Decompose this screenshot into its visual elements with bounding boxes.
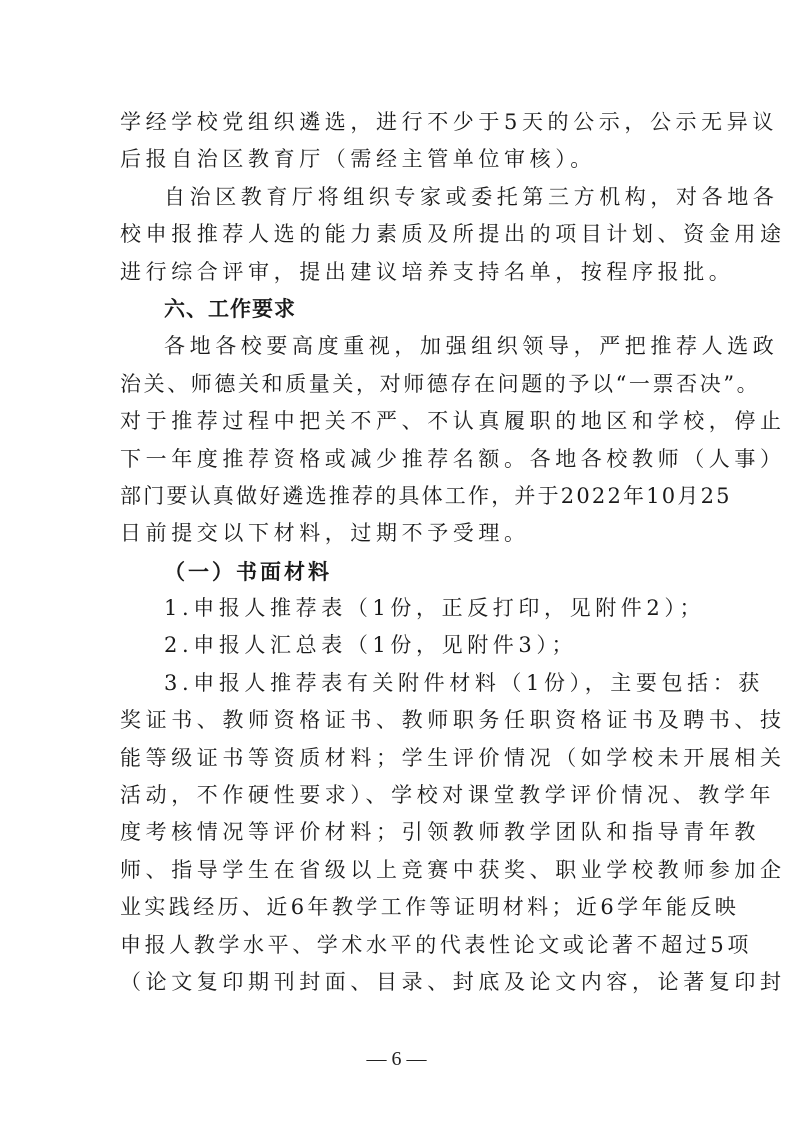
text-line: 申报人教学水平、学术水平的代表性论文或论著不超过5项 [120,927,676,964]
text-line: 业实践经历、近6年教学工作等证明材料；近6学年能反映 [120,889,676,926]
list-item: 3.申报人推荐表有关附件材料（1份），主要包括：获 [120,665,676,702]
text-line: 师、指导学生在省级以上竞赛中获奖、职业学校教师参加企 [120,852,676,889]
text-line: 进行综合评审，提出建议培养支持名单，按程序报批。 [120,254,676,291]
section-heading: 六、工作要求 [120,291,676,328]
text-line: （论文复印期刊封面、目录、封底及论文内容，论著复印封 [120,964,676,1001]
list-item: 1.申报人推荐表（1份，正反打印，见附件2）； [120,590,676,627]
text-line: 日前提交以下材料，过期不予受理。 [120,515,676,552]
text-line: 各地各校要高度重视，加强组织领导，严把推荐人选政 [120,328,676,365]
text-line: 奖证书、教师资格证书、教师职务任职资格证书及聘书、技 [120,702,676,739]
text-line: 能等级证书等资质材料；学生评价情况（如学校未开展相关 [120,740,676,777]
text-line: 后报自治区教育厅（需经主管单位审核）。 [120,141,676,178]
page-number: — 6 — [0,1048,793,1071]
subsection-heading: （一）书面材料 [120,553,676,590]
document-page: 学经学校党组织遴选，进行不少于5天的公示，公示无异议 后报自治区教育厅（需经主管… [120,104,676,1001]
text-line: 下一年度推荐资格或减少推荐名额。各地各校教师（人事） [120,441,676,478]
text-line: 度考核情况等评价材料；引领教师教学团队和指导青年教 [120,814,676,851]
text-line: 学经学校党组织遴选，进行不少于5天的公示，公示无异议 [120,104,676,141]
text-line: 部门要认真做好遴选推荐的具体工作，并于2022年10月25 [120,478,676,515]
text-line: 治关、师德关和质量关，对师德存在问题的予以“一票否决”。 [120,366,676,403]
text-line: 校申报推荐人选的能力素质及所提出的项目计划、资金用途 [120,216,676,253]
text-line: 对于推荐过程中把关不严、不认真履职的地区和学校，停止 [120,403,676,440]
list-item: 2.申报人汇总表（1份，见附件3）； [120,627,676,664]
text-line: 活动，不作硬性要求）、学校对课堂教学评价情况、教学年 [120,777,676,814]
text-line: 自治区教育厅将组织专家或委托第三方机构，对各地各 [120,179,676,216]
